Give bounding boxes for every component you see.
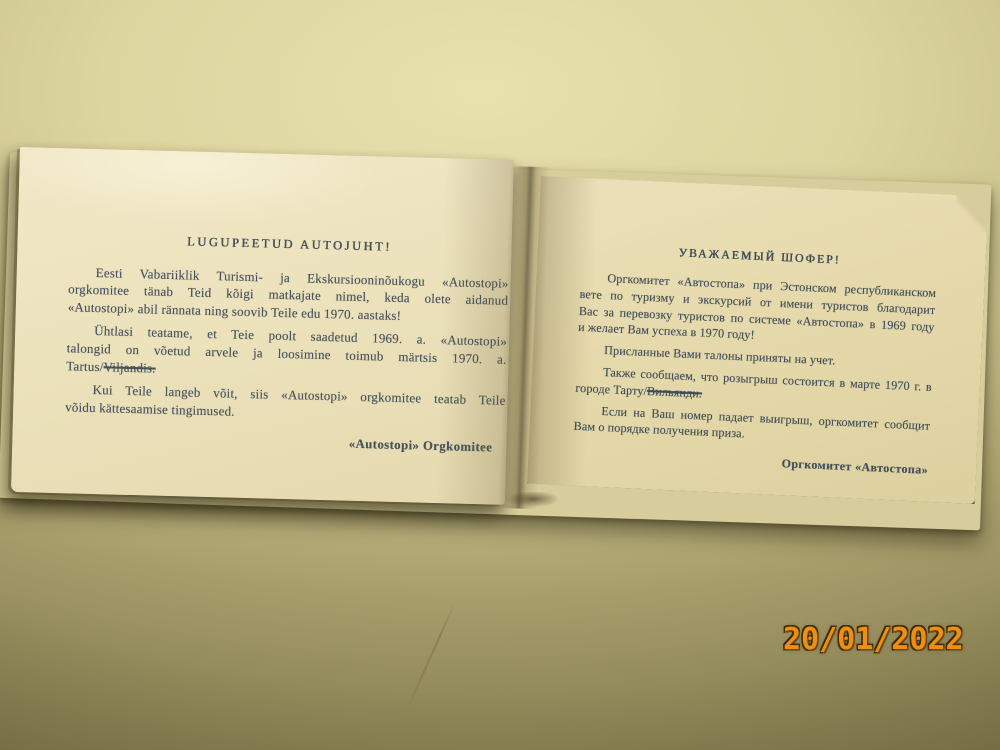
scratch-mark [406, 602, 456, 711]
camera-timestamp: 20/01/2022 [783, 622, 964, 657]
city-text: Tartus/ [66, 358, 104, 374]
struck-city-text: Вильянди. [647, 384, 703, 400]
booklet-left-page: LUGUPEETUD AUTOJUHT! Eesti Vabariiklik T… [11, 147, 514, 505]
city-text: городе Тарту/ [575, 381, 647, 398]
right-page-text: УВАЖАЕМЫЙ ШОФЕР! Оргкомитет «Автостопа» … [572, 240, 938, 478]
left-page-text: LUGUPEETUD AUTOJUHT! Eesti Vabariiklik T… [64, 230, 510, 457]
booklet-right-page: УВАЖАЕМЫЙ ШОФЕР! Оргкомитет «Автостопа» … [527, 176, 989, 504]
left-page-title: LUGUPEETUD AUTOJUHT! [69, 230, 509, 259]
left-paragraph-3: Kui Teile langeb võit, siis «Autostopi» … [65, 380, 506, 427]
left-page-signature: «Autostopi» Orgkomitee [64, 429, 504, 458]
right-page-title: УВАЖАЕМЫЙ ШОФЕР! [581, 240, 937, 272]
left-paragraph-1: Eesti Vabariiklik Turismi- ja Ekskursioo… [68, 263, 509, 327]
struck-city-text: Viljandis. [103, 359, 156, 375]
right-page-signature: Оргкомитет «Автостопа» [572, 445, 928, 477]
right-paragraph-1: Оргкомитет «Автостопа» при Эстонском рес… [578, 269, 937, 351]
left-paragraph-2: Ühtlasi teatame, et Teie poolt saadetud … [66, 322, 507, 386]
